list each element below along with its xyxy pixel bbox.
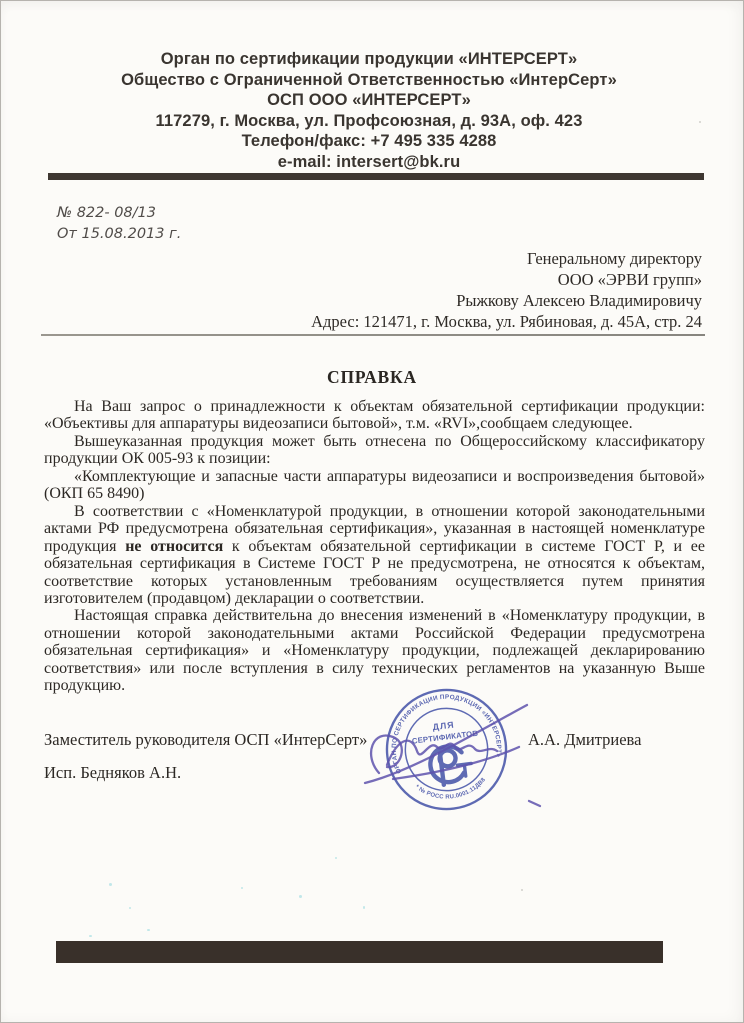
scan-speckle [109, 883, 112, 886]
scan-speckle [241, 887, 243, 889]
paragraph-nomenclature: В соответствии с «Номенклатурой продукци… [44, 503, 705, 608]
letterhead-line: Орган по сертификации продукции «ИНТЕРСЕ… [1, 49, 737, 70]
letterhead: Орган по сертификации продукции «ИНТЕРСЕ… [1, 49, 737, 173]
recipient-block: Генеральному директору ООО «ЭРВИ групп» … [311, 248, 702, 332]
scan-speckle [89, 935, 92, 937]
letterhead-line: ОСП ООО «ИНТЕРСЕРТ» [1, 90, 737, 111]
address-divider [41, 334, 705, 336]
reference-date: От 15.08.2013 г. [57, 224, 181, 245]
recipient-line: Рыжкову Алексею Владимировичу [311, 290, 702, 311]
emphasized-text: не относится [125, 538, 223, 555]
scanned-document-page: Орган по сертификации продукции «ИНТЕРСЕ… [0, 0, 744, 1023]
handwritten-signature [353, 677, 563, 835]
letterhead-line: Общество с Ограниченной Ответственностью… [1, 70, 737, 91]
recipient-address: Адрес: 121471, г. Москва, ул. Рябиновая,… [311, 311, 702, 332]
reference-block: № 822- 08/13 От 15.08.2013 г. [57, 203, 181, 244]
letterhead-divider [48, 173, 704, 180]
paragraph-classification: Вышеуказанная продукция может быть отнес… [44, 433, 705, 468]
scan-speckle [299, 895, 302, 898]
signature-role: Заместитель руководителя ОСП «ИнтерСерт» [44, 730, 367, 750]
scan-speckle [363, 906, 365, 909]
footer-bar [56, 941, 663, 963]
reference-number: № 822- 08/13 [57, 203, 181, 224]
paragraph-okp: «Комплектующие и запасные части аппарату… [44, 468, 705, 503]
letterhead-email: e-mail: intersert@bk.ru [1, 152, 737, 173]
document-title: СПРАВКА [1, 367, 743, 388]
letterhead-line: Телефон/факс: +7 495 335 4288 [1, 131, 737, 152]
scan-speckle [521, 889, 523, 891]
recipient-line: Генеральному директору [311, 248, 702, 269]
paragraph-request: На Ваш запрос о принадлежности к объекта… [44, 398, 705, 433]
recipient-line: ООО «ЭРВИ групп» [311, 269, 702, 290]
scan-speckle [129, 907, 131, 909]
scan-speckle [147, 929, 150, 931]
scan-speckle [335, 857, 337, 859]
letterhead-line: 117279, г. Москва, ул. Профсоюзная, д. 9… [1, 111, 737, 132]
executor-note: Исп. Бедняков А.Н. [44, 763, 181, 783]
document-body: На Ваш запрос о принадлежности к объекта… [44, 398, 705, 695]
